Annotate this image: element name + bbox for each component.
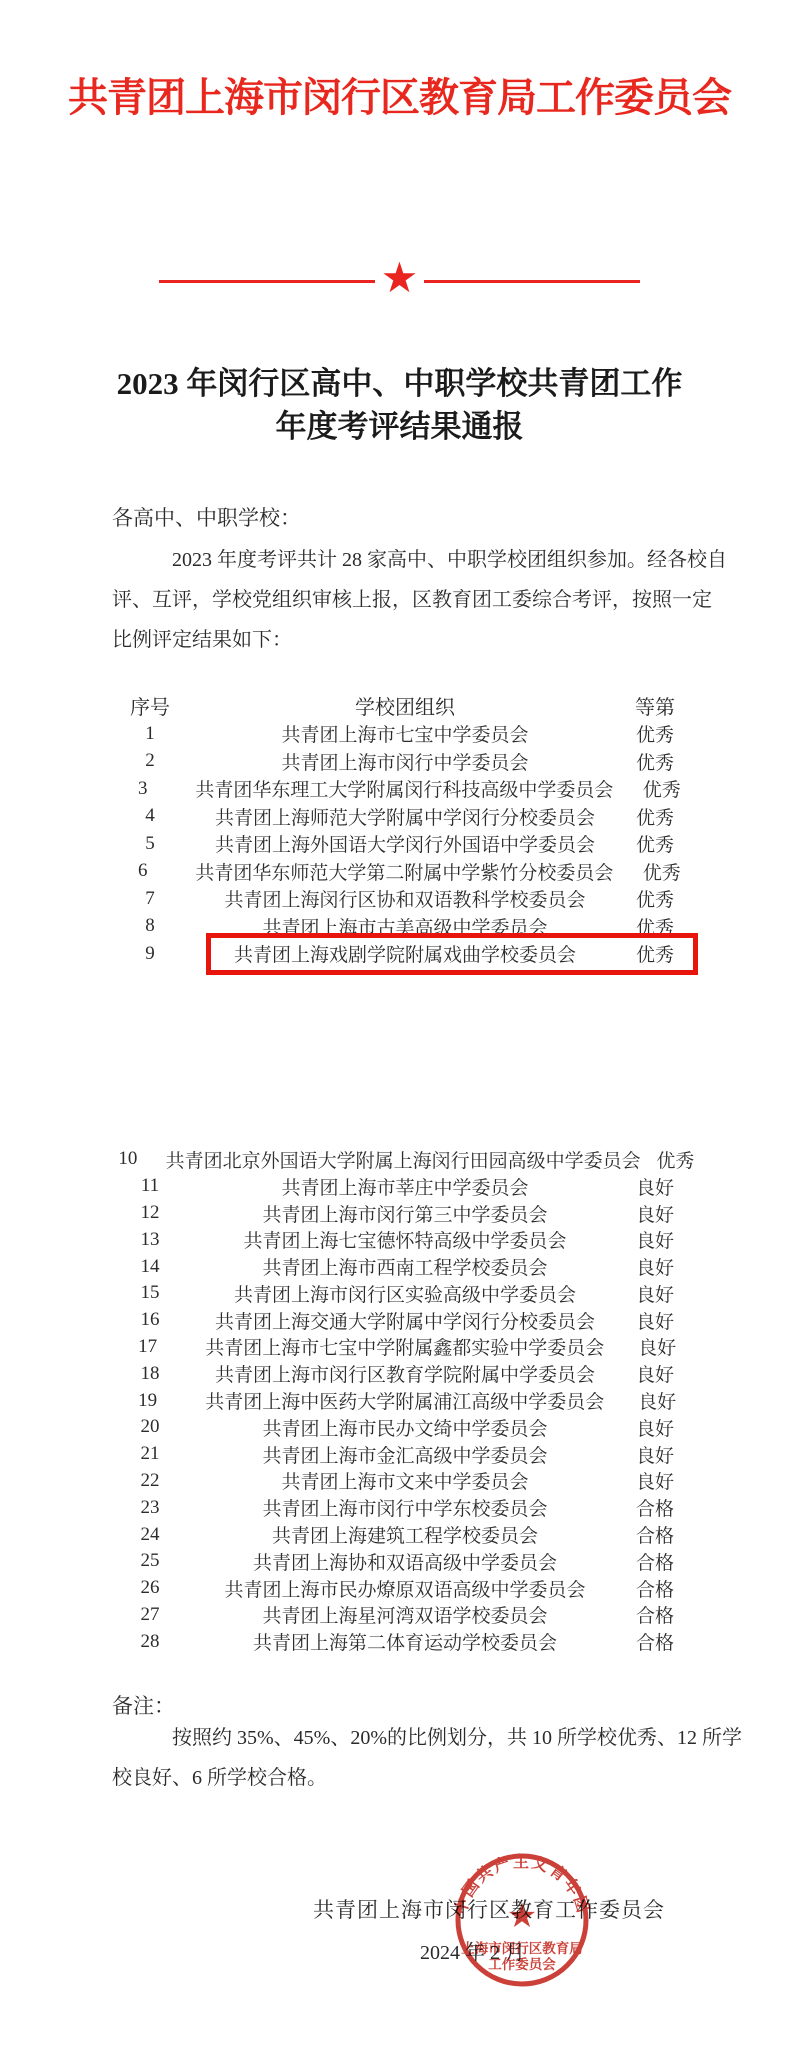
table-row: 13共青团上海七宝德怀特高级中学委员会良好	[90, 1226, 710, 1253]
table-row: 6共青团华东师范大学第二附属中学紫竹分校委员会优秀	[90, 858, 710, 886]
document-title: 2023 年闵行区高中、中职学校共青团工作 年度考评结果通报	[0, 362, 799, 448]
row-number: 10	[90, 1148, 166, 1170]
table-row: 28共青团上海第二体育运动学校委员会合格	[90, 1628, 710, 1655]
school-org-name: 共青团上海戏剧学院附属戏曲学校委员会	[210, 940, 600, 967]
row-number: 12	[90, 1202, 210, 1224]
table-row: 1共青团上海市七宝中学委员会优秀	[90, 720, 710, 748]
school-org-name: 共青团华东理工大学附属闵行科技高级中学委员会	[195, 775, 613, 802]
grade-value: 良好	[600, 1226, 710, 1253]
row-number: 16	[90, 1309, 210, 1331]
row-number: 20	[90, 1416, 210, 1438]
school-org-name: 共青团上海市闵行区教育学院附属中学委员会	[210, 1360, 600, 1387]
grade-value: 优秀	[600, 940, 710, 967]
seal-org-line1: 上海市闵行区教育局	[461, 1940, 583, 1956]
school-org-name: 共青团上海建筑工程学校委员会	[210, 1521, 600, 1548]
grade-value: 良好	[600, 1467, 710, 1494]
grade-value: 优秀	[613, 775, 710, 802]
school-org-name: 共青团上海市民办燎原双语高级中学委员会	[210, 1575, 600, 1602]
salutation: 各高中、中职学校：	[112, 502, 301, 532]
grade-value: 合格	[600, 1548, 710, 1575]
table-row: 19共青团上海中医药大学附属浦江高级中学委员会良好	[90, 1387, 710, 1414]
table-row: 27共青团上海星河湾双语学校委员会合格	[90, 1602, 710, 1629]
school-org-name: 共青团北京外国语大学附属上海闵行田园高级中学委员会	[166, 1146, 641, 1173]
results-table-body-page2: 10共青团北京外国语大学附属上海闵行田园高级中学委员会优秀11共青团上海市莘庄中…	[90, 1146, 710, 1655]
table-row: 21共青团上海市金汇高级中学委员会良好	[90, 1441, 710, 1468]
table-row: 16共青团上海交通大学附属中学闵行分校委员会良好	[90, 1307, 710, 1334]
row-number: 11	[90, 1175, 210, 1197]
row-number: 21	[90, 1443, 210, 1465]
seal-org-line2: 工作委员会	[488, 1956, 556, 1972]
table-row: 11共青团上海市莘庄中学委员会良好	[90, 1173, 710, 1200]
grade-value: 合格	[600, 1601, 710, 1628]
school-org-name: 共青团上海市西南工程学校委员会	[210, 1253, 600, 1280]
grade-value: 合格	[600, 1494, 710, 1521]
row-number: 8	[90, 915, 210, 937]
official-document-page: 共青团上海市闵行区教育局工作委员会 ★ 2023 年闵行区高中、中职学校共青团工…	[0, 0, 799, 2071]
row-number: 5	[90, 833, 210, 855]
divider-line-left	[159, 280, 375, 283]
grade-value: 优秀	[613, 858, 710, 885]
row-number: 19	[90, 1390, 205, 1412]
row-number: 18	[90, 1363, 210, 1385]
star-icon: ★	[381, 258, 419, 300]
results-table-header: 序号 学校团组织 等第	[90, 690, 710, 720]
header-school-org: 学校团组织	[210, 691, 600, 720]
table-row: 25共青团上海协和双语高级中学委员会合格	[90, 1548, 710, 1575]
grade-value: 合格	[600, 1628, 710, 1655]
row-number: 15	[90, 1282, 210, 1304]
grade-value: 良好	[600, 1280, 710, 1307]
school-org-name: 共青团上海市金汇高级中学委员会	[210, 1441, 600, 1468]
grade-value: 合格	[600, 1521, 710, 1548]
grade-value: 优秀	[600, 830, 710, 857]
grade-value: 优秀	[641, 1146, 710, 1173]
grade-value: 良好	[604, 1387, 710, 1414]
school-org-name: 共青团上海市闵行区实验高级中学委员会	[210, 1280, 600, 1307]
row-number: 7	[90, 888, 210, 910]
header-no: 序号	[90, 691, 210, 720]
row-number: 17	[90, 1336, 205, 1358]
paragraph-line: 评、互评，学校党组织审核上报，区教育团工委综合考评，按照一定	[112, 580, 708, 620]
school-org-name: 共青团华东师范大学第二附属中学紫竹分校委员会	[195, 858, 613, 885]
school-org-name: 共青团上海市莘庄中学委员会	[210, 1173, 600, 1200]
row-number: 27	[90, 1604, 210, 1626]
row-number: 25	[90, 1550, 210, 1572]
school-org-name: 共青团上海市七宝中学附属鑫都实验中学委员会	[205, 1333, 604, 1360]
row-number: 4	[90, 805, 210, 827]
grade-value: 良好	[600, 1173, 710, 1200]
remark-label: 备注：	[112, 1690, 175, 1720]
table-row: 2共青团上海市闵行中学委员会优秀	[90, 748, 710, 776]
table-row: 23共青团上海市闵行中学东校委员会合格	[90, 1494, 710, 1521]
table-row: 3共青团华东理工大学附属闵行科技高级中学委员会优秀	[90, 775, 710, 803]
school-org-name: 共青团上海市文来中学委员会	[210, 1467, 600, 1494]
school-org-name: 共青团上海七宝德怀特高级中学委员会	[210, 1226, 600, 1253]
grade-value: 良好	[604, 1333, 710, 1360]
table-row: 12共青团上海市闵行第三中学委员会良好	[90, 1200, 710, 1227]
divider-line-right	[424, 280, 640, 283]
table-row: 24共青团上海建筑工程学校委员会合格	[90, 1521, 710, 1548]
grade-value: 优秀	[600, 748, 710, 775]
table-row: 14共青团上海市西南工程学校委员会良好	[90, 1253, 710, 1280]
row-number: 24	[90, 1524, 210, 1546]
school-org-name: 共青团上海市闵行第三中学委员会	[210, 1200, 600, 1227]
table-row: 22共青团上海市文来中学委员会良好	[90, 1468, 710, 1495]
school-org-name: 共青团上海闵行区协和双语教科学校委员会	[210, 885, 600, 912]
grade-value: 良好	[600, 1253, 710, 1280]
row-number: 2	[90, 750, 210, 772]
grade-value: 优秀	[600, 720, 710, 747]
grade-value: 优秀	[600, 803, 710, 830]
table-row: 4共青团上海师范大学附属中学闵行分校委员会优秀	[90, 803, 710, 831]
row-number: 3	[90, 778, 195, 800]
table-row: 8共青团上海市古美高级中学委员会优秀	[90, 913, 710, 941]
document-title-line2: 年度考评结果通报	[0, 405, 799, 448]
grade-value: 良好	[600, 1414, 710, 1441]
row-number: 14	[90, 1256, 210, 1278]
paragraph-line: 2023 年度考评共计 28 家高中、中职学校团组织参加。经各校自	[112, 540, 708, 580]
grade-value: 良好	[600, 1441, 710, 1468]
grade-value: 良好	[600, 1360, 710, 1387]
school-org-name: 共青团上海第二体育运动学校委员会	[210, 1628, 600, 1655]
masthead-title: 共青团上海市闵行区教育局工作委员会	[0, 66, 799, 123]
remark-paragraph: 按照约 35%、45%、20%的比例划分，共 10 所学校优秀、12 所学 校良…	[112, 1718, 708, 1798]
seal-star-icon: ★	[507, 1898, 537, 1935]
table-row: 5共青团上海外国语大学闵行外国语中学委员会优秀	[90, 830, 710, 858]
grade-value: 优秀	[600, 913, 710, 940]
row-number: 26	[90, 1577, 210, 1599]
grade-value: 合格	[600, 1575, 710, 1602]
school-org-name: 共青团上海星河湾双语学校委员会	[210, 1601, 600, 1628]
school-org-name: 共青团上海市七宝中学委员会	[210, 720, 600, 747]
table-row: 18共青团上海市闵行区教育学院附属中学委员会良好	[90, 1360, 710, 1387]
school-org-name: 共青团上海市闵行中学委员会	[210, 748, 600, 775]
school-org-name: 共青团上海协和双语高级中学委员会	[210, 1548, 600, 1575]
star-divider: ★	[0, 258, 799, 304]
school-org-name: 共青团上海交通大学附属中学闵行分校委员会	[210, 1307, 600, 1334]
remark-line: 按照约 35%、45%、20%的比例划分，共 10 所学校优秀、12 所学	[112, 1718, 708, 1758]
table-row: 17共青团上海市七宝中学附属鑫都实验中学委员会良好	[90, 1334, 710, 1361]
school-org-name: 共青团上海师范大学附属中学闵行分校委员会	[210, 803, 600, 830]
school-org-name: 共青团上海中医药大学附属浦江高级中学委员会	[205, 1387, 604, 1414]
grade-value: 优秀	[600, 885, 710, 912]
school-org-name: 共青团上海市民办文绮中学委员会	[210, 1414, 600, 1441]
grade-value: 良好	[600, 1200, 710, 1227]
row-number: 13	[90, 1229, 210, 1251]
school-org-name: 共青团上海市闵行中学东校委员会	[210, 1494, 600, 1521]
row-number: 9	[90, 943, 210, 965]
school-org-name: 共青团上海市古美高级中学委员会	[210, 913, 600, 940]
row-number: 22	[90, 1470, 210, 1492]
row-number: 28	[90, 1631, 210, 1653]
document-title-line1: 2023 年闵行区高中、中职学校共青团工作	[0, 362, 799, 405]
official-seal: 中国共产主义青年团 ★ 上海市闵行区教育局 工作委员会	[451, 1847, 593, 1993]
grade-value: 良好	[600, 1307, 710, 1334]
table-row: 10共青团北京外国语大学附属上海闵行田园高级中学委员会优秀	[90, 1146, 710, 1173]
table-row-highlighted: 9共青团上海戏剧学院附属戏曲学校委员会优秀	[90, 940, 710, 968]
header-grade: 等第	[600, 691, 710, 720]
paragraph-line: 比例评定结果如下：	[112, 620, 708, 660]
table-row: 26共青团上海市民办燎原双语高级中学委员会合格	[90, 1575, 710, 1602]
row-number: 6	[90, 860, 195, 882]
intro-paragraph: 2023 年度考评共计 28 家高中、中职学校团组织参加。经各校自 评、互评，学…	[112, 540, 708, 660]
row-number: 23	[90, 1497, 210, 1519]
school-org-name: 共青团上海外国语大学闵行外国语中学委员会	[210, 830, 600, 857]
row-number: 1	[90, 723, 210, 745]
remark-line: 校良好、6 所学校合格。	[112, 1758, 708, 1798]
table-row: 15共青团上海市闵行区实验高级中学委员会良好	[90, 1280, 710, 1307]
table-row: 20共青团上海市民办文绮中学委员会良好	[90, 1414, 710, 1441]
results-table-body-page1: 1共青团上海市七宝中学委员会优秀2共青团上海市闵行中学委员会优秀3共青团华东理工…	[90, 720, 710, 968]
table-row: 7共青团上海闵行区协和双语教科学校委员会优秀	[90, 885, 710, 913]
